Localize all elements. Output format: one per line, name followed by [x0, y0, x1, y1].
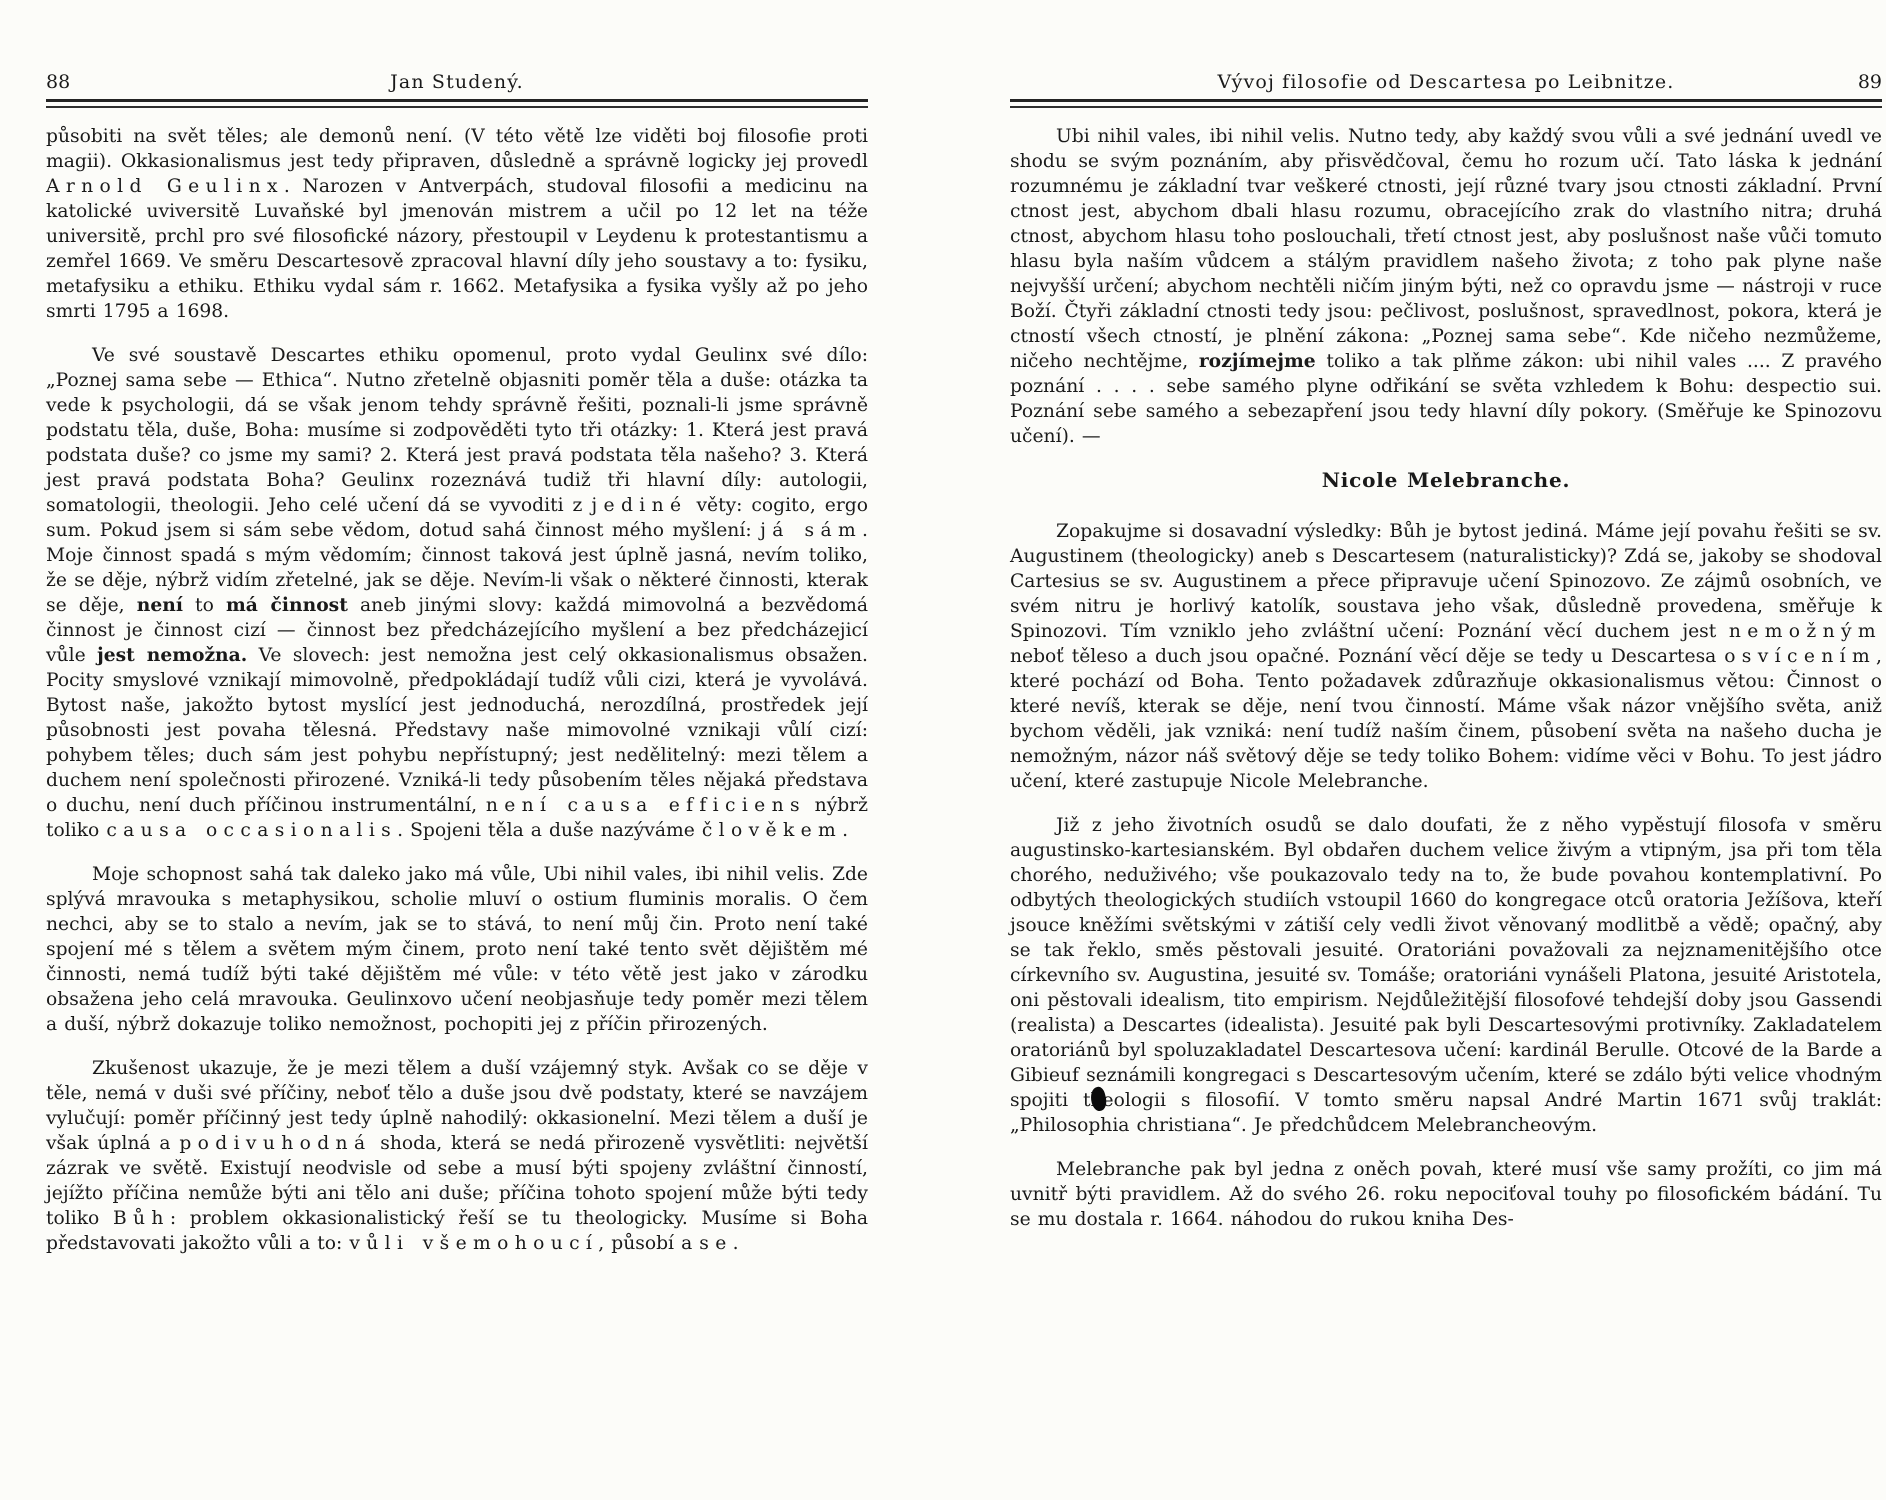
text-run: Melebranche pak byl jedna z oněch povah,… — [1010, 1159, 1882, 1230]
text-run: . — [842, 820, 848, 841]
text-run: nemožným — [1729, 621, 1882, 642]
text-run: osvícením — [1724, 646, 1876, 667]
left-page-header: 88 Jan Studený. — [46, 70, 868, 94]
text-run: to — [183, 595, 226, 616]
paragraph: Zopakujme si dosavadní výsledky: Bůh je … — [1010, 519, 1882, 794]
text-run: podivuhodná — [179, 1133, 371, 1154]
left-page-body: působiti na svět těles; ale demonů není.… — [46, 124, 868, 1256]
text-run: . Spojeni těla a duše nazýváme — [397, 820, 702, 841]
right-page-body: Ubi nihil vales, ibi nihil velis. Nutno … — [1010, 124, 1882, 1232]
paragraph: Moje schopnost sahá tak daleko jako má v… — [46, 862, 868, 1037]
paragraph: Již z jeho životních osudů se dalo doufa… — [1010, 813, 1882, 1138]
text-run: jest nemožna. — [97, 644, 247, 666]
right-page-header: Vývoj filosofie od Descartesa po Leibnit… — [1010, 70, 1882, 94]
right-page-number: 89 — [1812, 70, 1882, 94]
text-run: . Narozen v Antverpách, studoval filosof… — [46, 176, 868, 322]
left-page-number: 88 — [46, 70, 116, 94]
text-run: Ve slovech: jest nemožna jest celý okkas… — [46, 645, 868, 816]
right-page: Vývoj filosofie od Descartesa po Leibnit… — [1010, 70, 1882, 1251]
section-heading: Nicole Melebranche. — [1010, 468, 1882, 493]
left-header-rule — [46, 99, 868, 108]
text-run: vůli všemohoucí — [349, 1233, 598, 1254]
text-run: Bůh — [113, 1208, 170, 1229]
text-run: , působí a — [598, 1233, 699, 1254]
text-run: Již z jeho životních osudů se dalo doufa… — [1010, 815, 1882, 1136]
text-run: rozjímejme — [1199, 350, 1316, 372]
paragraph: Ubi nihil vales, ibi nihil velis. Nutno … — [1010, 124, 1882, 449]
text-run: není causa efficiens — [486, 795, 806, 816]
text-run: causa occasionalis — [106, 820, 397, 841]
text-run: Ve své soustavě Descartes ethiku opomenu… — [46, 345, 868, 516]
text-run: člověkem — [702, 820, 842, 841]
text-run: působiti na svět těles; ale demonů není.… — [46, 126, 868, 172]
text-run: Arnold Geulinx — [46, 176, 284, 197]
paragraph: Ve své soustavě Descartes ethiku opomenu… — [46, 343, 868, 843]
paragraph: působiti na svět těles; ale demonů není.… — [46, 124, 868, 324]
left-page: 88 Jan Studený. působiti na svět těles; … — [46, 70, 868, 1275]
text-run: , které pochází od Boha. Tento požadavek… — [1010, 646, 1882, 792]
right-running-title: Vývoj filosofie od Descartesa po Leibnit… — [1080, 70, 1812, 94]
text-run: Moje schopnost sahá tak daleko jako má v… — [46, 864, 868, 1035]
paragraph: Melebranche pak byl jedna z oněch povah,… — [1010, 1157, 1882, 1232]
text-run: není — [137, 594, 183, 616]
text-run: jediné — [591, 495, 687, 516]
text-run: Ubi nihil vales, ibi nihil velis. Nutno … — [1010, 126, 1882, 372]
book-spread: 88 Jan Studený. působiti na svět těles; … — [0, 0, 1886, 1500]
text-run: neboť těleso a duch jsou opačné. Poznání… — [1010, 646, 1724, 667]
text-run: má činnost — [226, 594, 348, 616]
text-run: se — [699, 1233, 732, 1254]
text-run: . — [733, 1233, 739, 1254]
paragraph: Zkušenost ukazuje, že je mezi tělem a du… — [46, 1056, 868, 1256]
text-run: já sám — [760, 520, 862, 541]
left-running-title: Jan Studený. — [116, 70, 798, 94]
right-header-rule — [1010, 99, 1882, 108]
